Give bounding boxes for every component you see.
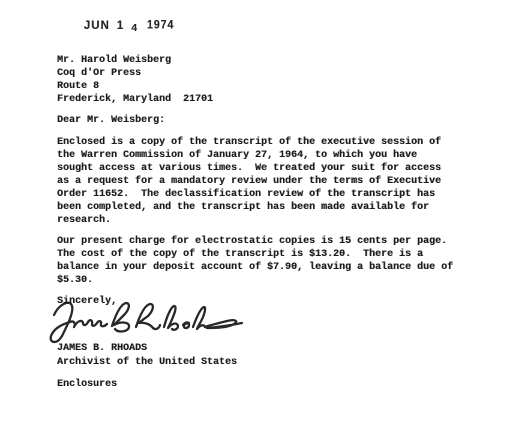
text-line: The cost of the copy of the transcript i… (57, 248, 453, 261)
text-line: Frederick, Maryland 21701 (57, 93, 213, 106)
text-line: research. (57, 214, 441, 227)
text-line: Our present charge for electrostatic cop… (57, 235, 453, 248)
text-line: been completed, and the transcript has b… (57, 201, 441, 214)
text-line: sought access at various times. We treat… (57, 162, 441, 175)
signer-title: Archivist of the United States (57, 356, 237, 369)
text-line: $5.30. (57, 274, 453, 287)
salutation: Dear Mr. Weisberg: (57, 114, 165, 127)
body-paragraph-2: Our present charge for electrostatic cop… (57, 235, 453, 287)
text-line: as a request for a mandatory review unde… (57, 175, 441, 188)
body-paragraph-1: Enclosed is a copy of the transcript of … (57, 136, 441, 227)
date-stamp-day-digit-1: 1 (117, 20, 124, 32)
text-line: Coq d'Or Press (57, 67, 213, 80)
text-line: Order 11652. The declassification review… (57, 188, 441, 201)
text-line: Mr. Harold Weisberg (57, 54, 213, 67)
recipient-address: Mr. Harold WeisbergCoq d'Or PressRoute 8… (57, 54, 213, 106)
date-stamp-day-digit-2: 4 (131, 22, 138, 34)
text-line: Enclosed is a copy of the transcript of … (57, 136, 441, 149)
letter-page: JUN141974 Mr. Harold WeisbergCoq d'Or Pr… (0, 0, 508, 421)
text-line: the Warren Commission of January 27, 196… (57, 149, 441, 162)
enclosures-note: Enclosures (57, 378, 117, 391)
text-line: Route 8 (57, 80, 213, 93)
signature-graphic (46, 298, 246, 348)
text-line: balance in your deposit account of $7.90… (57, 261, 453, 274)
date-stamp-month: JUN (84, 20, 110, 32)
date-stamp: JUN141974 (67, 8, 177, 44)
signer-name: JAMES B. RHOADS (57, 342, 147, 355)
date-stamp-year: 1974 (147, 20, 174, 32)
